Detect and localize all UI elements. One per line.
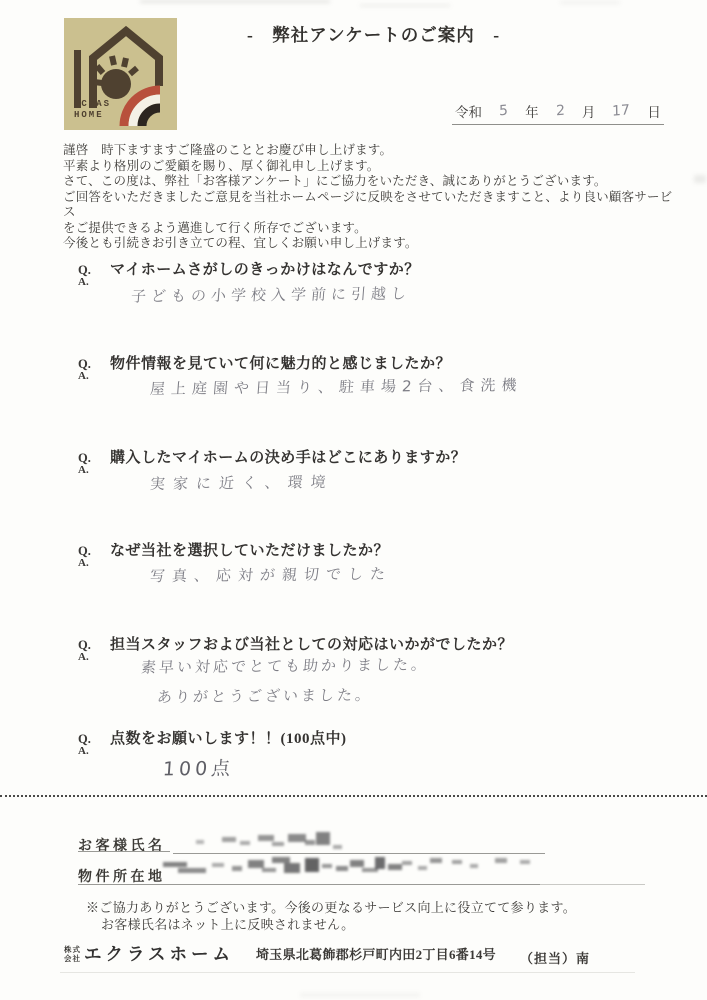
company-address: 埼玉県北葛飾郡杉戸町内田2丁目6番14号 <box>256 944 496 963</box>
footnote-line-2: お客様氏名はネット上に反映されません。 <box>101 914 354 933</box>
footer-rule <box>60 972 635 973</box>
property-location-redacted <box>0 0 707 1000</box>
scanned-survey-document: ECRAS HOME - 弊社アンケートのご案内 - 令和 5 年 2 月 17… <box>0 0 707 1000</box>
company-name: エクラスホーム <box>84 941 234 966</box>
staff-in-charge: （担当）南 <box>520 948 590 967</box>
footer-company-line: 株式 会社 エクラスホーム 埼玉県北葛飾郡杉戸町内田2丁目6番14号 （担当）南 <box>64 941 590 967</box>
company-prefix-bottom: 会社 <box>64 955 81 964</box>
company-prefix: 株式 会社 <box>64 946 81 963</box>
